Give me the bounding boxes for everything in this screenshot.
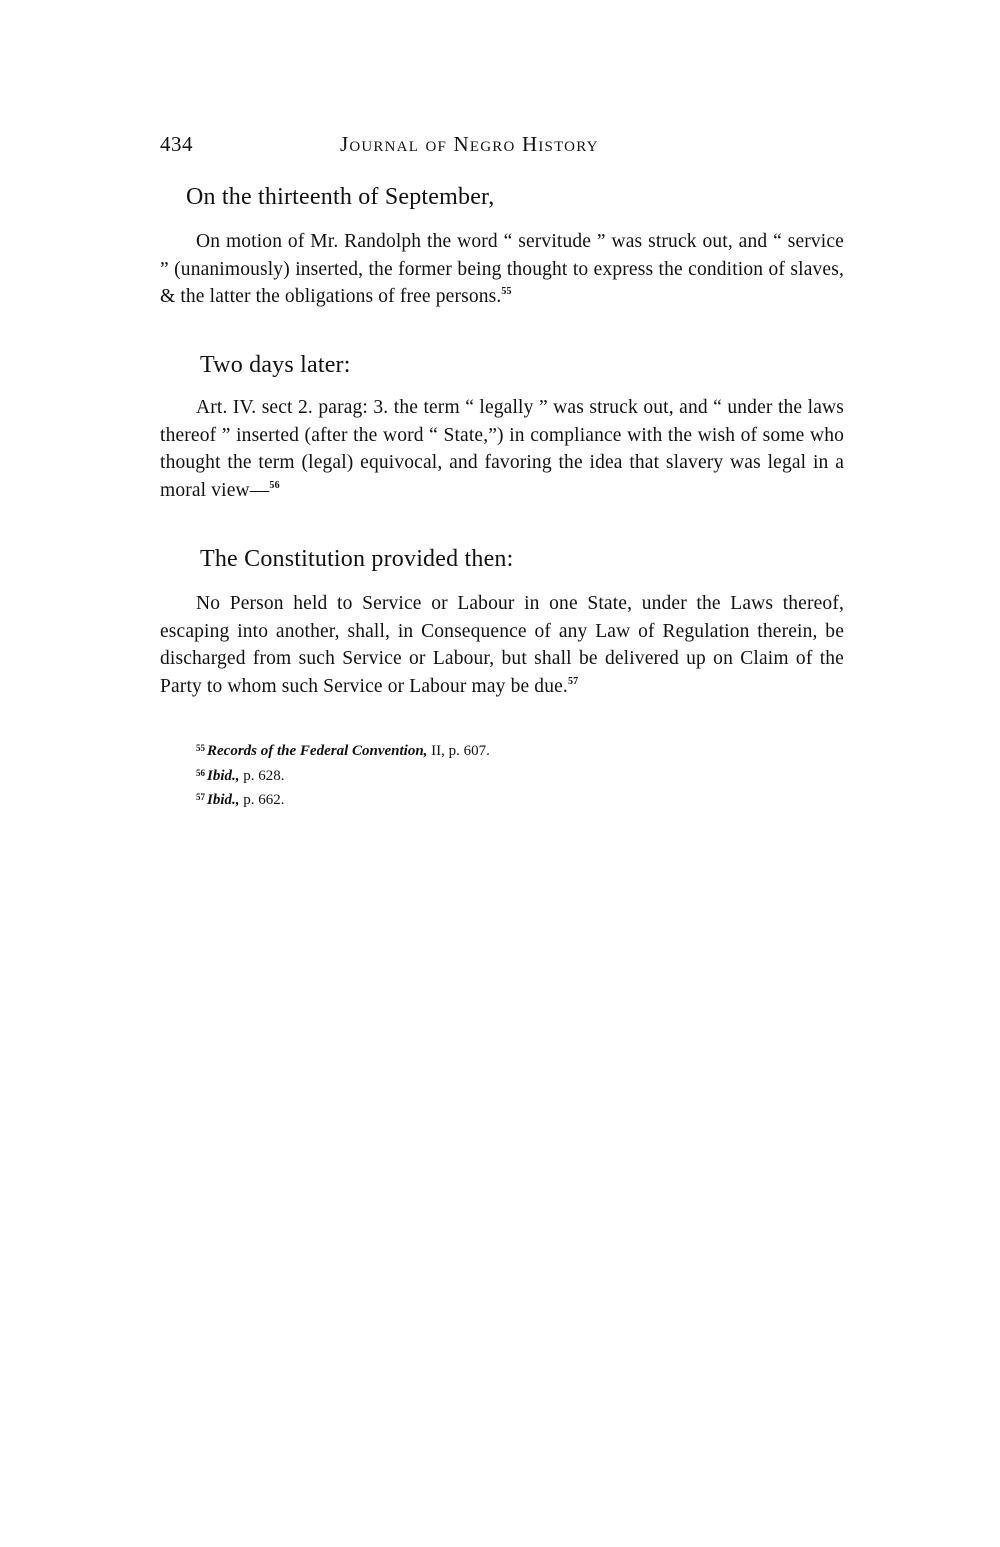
footnote-locator: II, p. 607. xyxy=(427,743,490,759)
footnote-source: Records of the Federal Convention, xyxy=(207,743,427,759)
block-quote-3: No Person held to Service or Labour in o… xyxy=(160,590,844,700)
footnote-number: 56 xyxy=(196,768,205,778)
lead-line-3: The Constitution provided then: xyxy=(200,546,514,573)
footnote-number: 55 xyxy=(196,743,205,753)
footnote-ref[interactable]: 56 xyxy=(269,480,279,491)
quote-text: Art. IV. sect 2. parag: 3. the term “ le… xyxy=(160,397,844,501)
footnote-number: 57 xyxy=(196,792,205,802)
footnote-55: 55Records of the Federal Convention, II,… xyxy=(196,738,490,763)
page-number: 434 xyxy=(160,132,193,157)
footnote-57: 57Ibid., p. 662. xyxy=(196,787,490,812)
footnote-ref[interactable]: 55 xyxy=(501,286,511,297)
lead-line-2: Two days later: xyxy=(200,352,351,379)
footnote-source: Ibid., xyxy=(207,768,240,784)
quote-text: No Person held to Service or Labour in o… xyxy=(160,593,844,697)
block-quote-2: Art. IV. sect 2. parag: 3. the term “ le… xyxy=(160,394,844,504)
lead-line-1: On the thirteenth of September, xyxy=(186,184,495,211)
footnote-56: 56Ibid., p. 628. xyxy=(196,763,490,788)
footnote-ref[interactable]: 57 xyxy=(568,676,578,687)
footnote-source: Ibid., xyxy=(207,792,240,808)
running-head: Journal of Negro History xyxy=(340,132,599,157)
footnote-locator: p. 662. xyxy=(240,792,285,808)
footnote-locator: p. 628. xyxy=(240,768,285,784)
block-quote-1: On motion of Mr. Randolph the word “ ser… xyxy=(160,228,844,311)
footnotes: 55Records of the Federal Convention, II,… xyxy=(196,738,490,812)
